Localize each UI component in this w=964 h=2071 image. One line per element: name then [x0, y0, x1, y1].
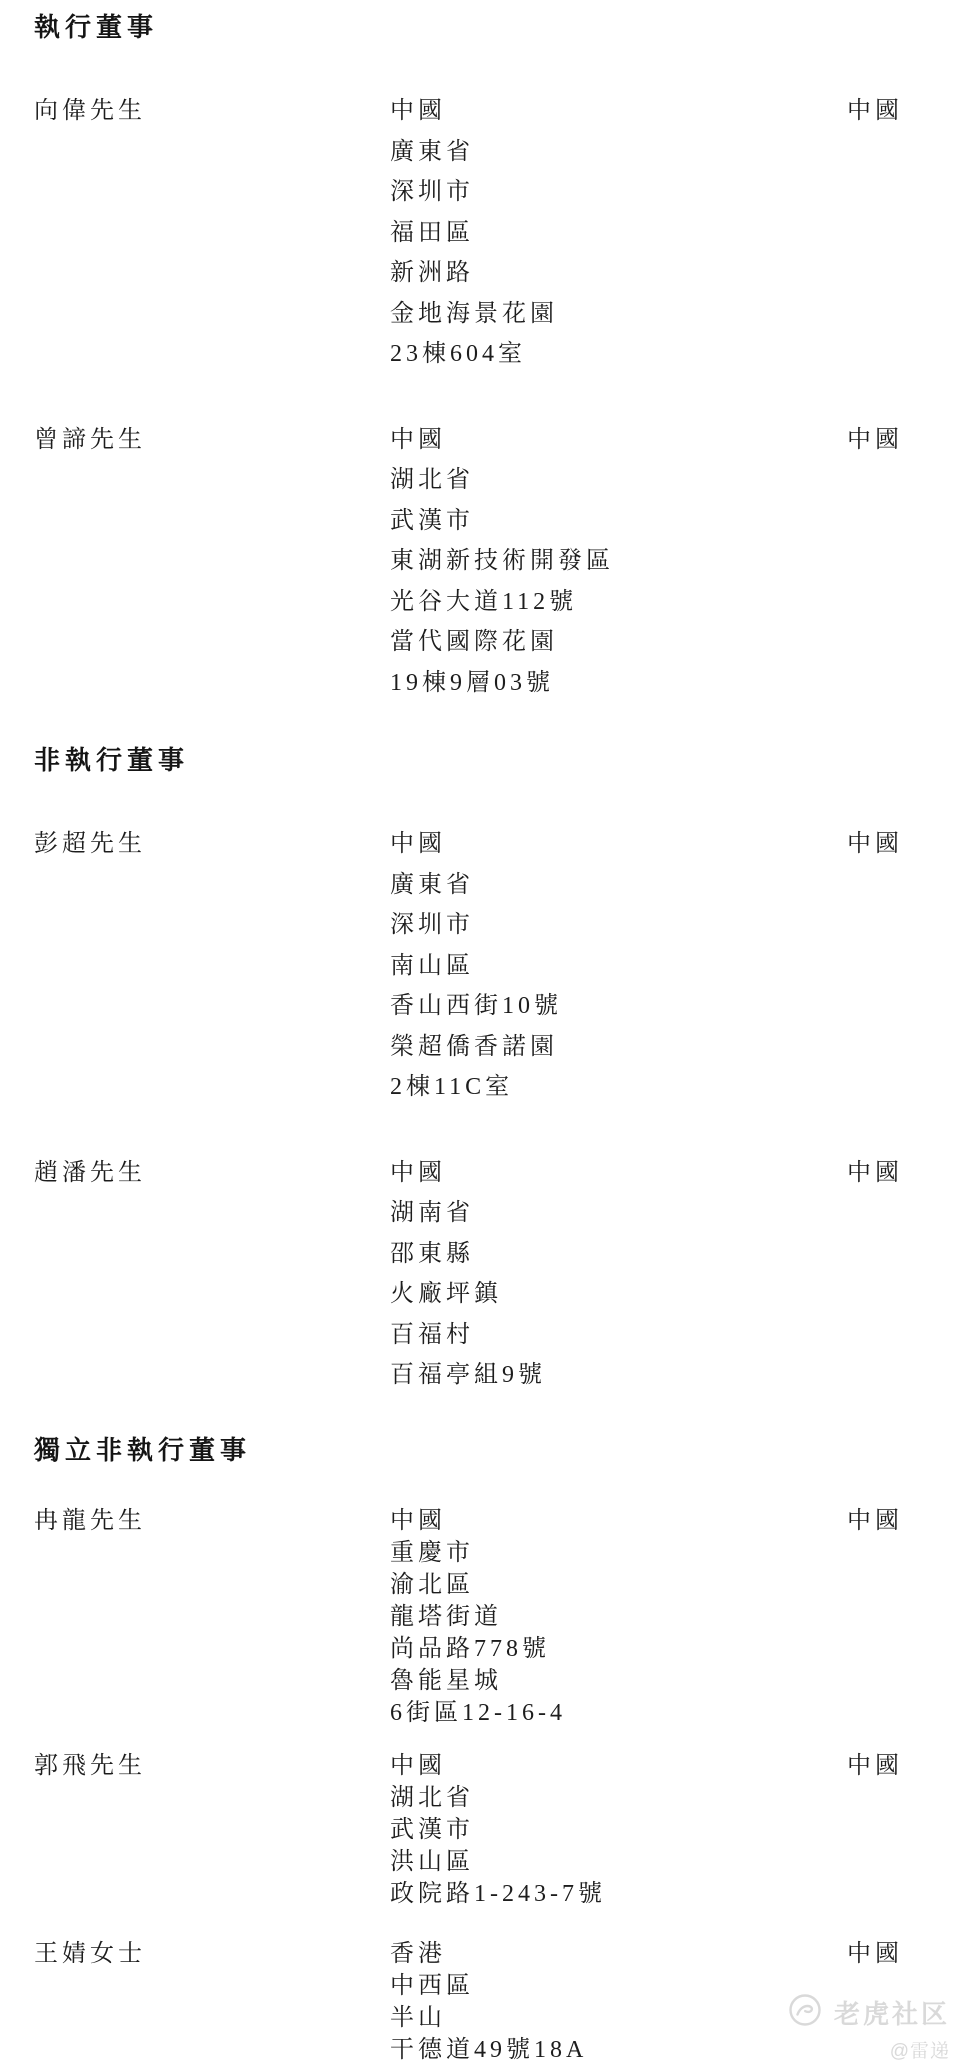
address-line: 中國 [390, 1505, 847, 1537]
address-line: 湖北省 [390, 460, 847, 501]
director-entry: 郭飛先生 中國湖北省武漢市洪山區政院路1-243-7號 中國 [34, 1750, 964, 1910]
director-address: 中國湖北省武漢市東湖新技術開發區光谷大道112號當代國際花園19棟9層03號 [390, 420, 847, 704]
director-entry: 趙潘先生 中國湖南省邵東縣火廠坪鎮百福村百福亭組9號 中國 [34, 1153, 964, 1396]
address-line: 新洲路 [390, 253, 847, 294]
tiger-logo-icon [788, 1993, 822, 2032]
section-heading: 獨立非執行董事 [34, 1437, 964, 1464]
director-address: 中國重慶市渝北區龍塔街道尚品路778號魯能星城6街區12-16-4 [390, 1505, 847, 1729]
address-line: 中國 [390, 1750, 847, 1782]
director-name: 趙潘先生 [34, 1153, 390, 1194]
director-nationality: 中國 [847, 1938, 964, 1970]
address-line: 龍塔街道 [390, 1601, 847, 1633]
address-line: 6街區12-16-4 [390, 1697, 847, 1729]
address-line: 火廠坪鎮 [390, 1274, 847, 1315]
director-name: 曾諦先生 [34, 420, 390, 461]
address-line: 中國 [390, 824, 847, 865]
director-section: 執行董事 向偉先生 中國廣東省深圳市福田區新洲路金地海景花園23棟604室 中國… [34, 14, 964, 703]
director-entry: 曾諦先生 中國湖北省武漢市東湖新技術開發區光谷大道112號當代國際花園19棟9層… [34, 420, 964, 704]
section-heading: 非執行董事 [34, 747, 964, 774]
watermark-handle-text: @雷递 [890, 2036, 950, 2063]
address-line: 金地海景花園 [390, 294, 847, 335]
address-line: 洪山區 [390, 1846, 847, 1878]
watermark-main: 老虎社区 [788, 1993, 950, 2032]
director-nationality: 中國 [847, 1750, 964, 1782]
director-address: 中國廣東省深圳市南山區香山西街10號榮超僑香諾園2棟11C室 [390, 824, 847, 1108]
address-line: 湖北省 [390, 1782, 847, 1814]
director-address: 中國廣東省深圳市福田區新洲路金地海景花園23棟604室 [390, 91, 847, 375]
director-entry: 彭超先生 中國廣東省深圳市南山區香山西街10號榮超僑香諾園2棟11C室 中國 [34, 824, 964, 1108]
section-entries: 向偉先生 中國廣東省深圳市福田區新洲路金地海景花園23棟604室 中國 曾諦先生… [34, 91, 964, 703]
director-section: 非執行董事 彭超先生 中國廣東省深圳市南山區香山西街10號榮超僑香諾園2棟11C… [34, 747, 964, 1396]
address-line: 深圳市 [390, 172, 847, 213]
address-line: 邵東縣 [390, 1234, 847, 1275]
address-line: 榮超僑香諾園 [390, 1027, 847, 1068]
address-line: 中西區 [390, 1970, 847, 2002]
address-line: 半山 [390, 2002, 847, 2034]
director-nationality: 中國 [847, 1153, 964, 1194]
address-line: 武漢市 [390, 501, 847, 542]
director-address: 中國湖北省武漢市洪山區政院路1-243-7號 [390, 1750, 847, 1910]
address-line: 渝北區 [390, 1569, 847, 1601]
director-name: 向偉先生 [34, 91, 390, 132]
director-address: 香港中西區半山干德道49號18A [390, 1938, 847, 2066]
address-line: 東湖新技術開發區 [390, 541, 847, 582]
director-address: 中國湖南省邵東縣火廠坪鎮百福村百福亭組9號 [390, 1153, 847, 1396]
address-line: 19棟9層03號 [390, 663, 847, 704]
address-line: 香港 [390, 1938, 847, 1970]
address-line: 中國 [390, 1153, 847, 1194]
address-line: 中國 [390, 420, 847, 461]
director-nationality: 中國 [847, 91, 964, 132]
watermark: 老虎社区 @雷递 [788, 1993, 950, 2063]
director-section: 獨立非執行董事 冉龍先生 中國重慶市渝北區龍塔街道尚品路778號魯能星城6街區1… [34, 1437, 964, 2066]
address-line: 香山西街10號 [390, 986, 847, 1027]
director-nationality: 中國 [847, 1505, 964, 1537]
director-entry: 向偉先生 中國廣東省深圳市福田區新洲路金地海景花園23棟604室 中國 [34, 91, 964, 375]
section-entries: 彭超先生 中國廣東省深圳市南山區香山西街10號榮超僑香諾園2棟11C室 中國 趙… [34, 824, 964, 1396]
section-entries: 冉龍先生 中國重慶市渝北區龍塔街道尚品路778號魯能星城6街區12-16-4 中… [34, 1505, 964, 2066]
address-line: 政院路1-243-7號 [390, 1878, 847, 1910]
director-name: 冉龍先生 [34, 1505, 390, 1537]
director-entry: 冉龍先生 中國重慶市渝北區龍塔街道尚品路778號魯能星城6街區12-16-4 中… [34, 1505, 964, 1729]
address-line: 2棟11C室 [390, 1067, 847, 1108]
director-nationality: 中國 [847, 824, 964, 865]
address-line: 深圳市 [390, 905, 847, 946]
address-line: 廣東省 [390, 865, 847, 906]
address-line: 干德道49號18A [390, 2034, 847, 2066]
directors-list: 執行董事 向偉先生 中國廣東省深圳市福田區新洲路金地海景花園23棟604室 中國… [0, 0, 964, 2066]
address-line: 中國 [390, 91, 847, 132]
address-line: 廣東省 [390, 132, 847, 173]
address-line: 百福村 [390, 1315, 847, 1356]
section-heading: 執行董事 [34, 14, 964, 41]
address-line: 魯能星城 [390, 1665, 847, 1697]
address-line: 重慶市 [390, 1537, 847, 1569]
address-line: 尚品路778號 [390, 1633, 847, 1665]
address-line: 福田區 [390, 213, 847, 254]
address-line: 武漢市 [390, 1814, 847, 1846]
address-line: 23棟604室 [390, 334, 847, 375]
address-line: 光谷大道112號 [390, 582, 847, 623]
address-line: 當代國際花園 [390, 622, 847, 663]
director-name: 王婧女士 [34, 1938, 390, 1970]
address-line: 湖南省 [390, 1193, 847, 1234]
director-nationality: 中國 [847, 420, 964, 461]
watermark-brand-text: 老虎社区 [834, 1994, 950, 2031]
director-name: 郭飛先生 [34, 1750, 390, 1782]
address-line: 南山區 [390, 946, 847, 987]
address-line: 百福亭組9號 [390, 1355, 847, 1396]
director-name: 彭超先生 [34, 824, 390, 865]
